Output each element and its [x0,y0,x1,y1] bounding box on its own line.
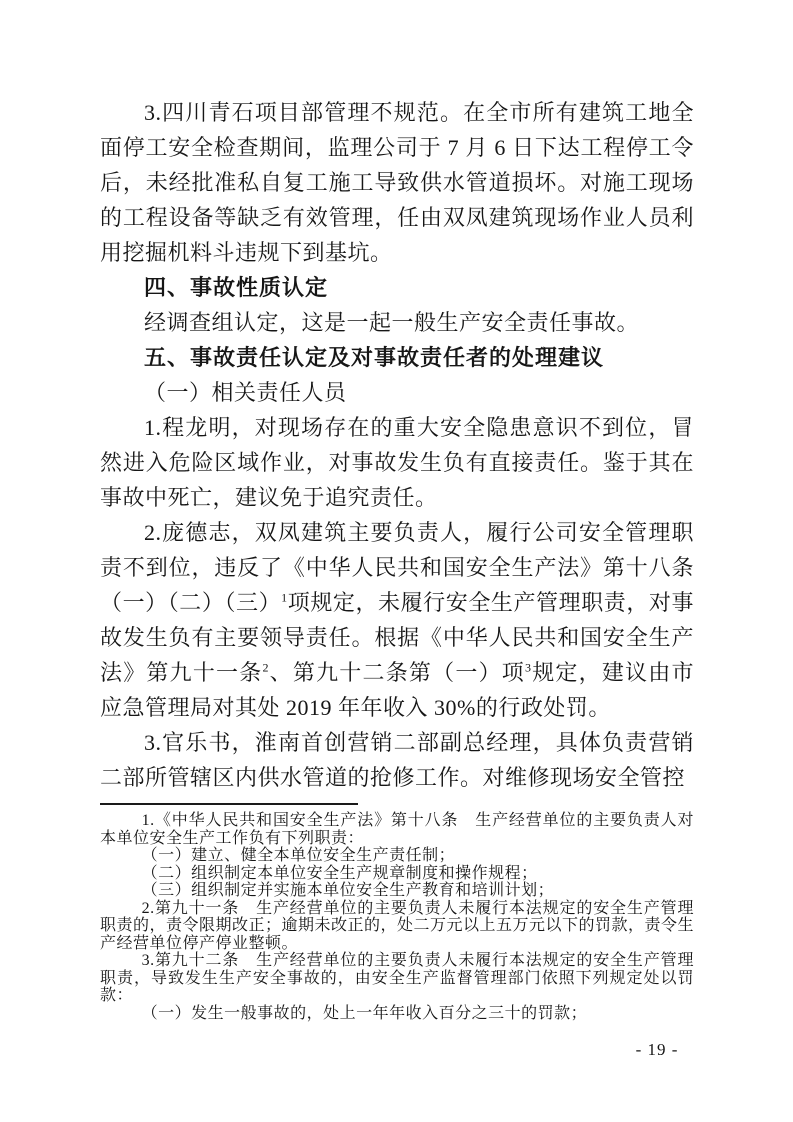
page-number: - 19 - [612,1040,702,1060]
section-heading: 四、事故性质认定 [100,270,694,305]
text-run: 3.四川青石项目部管理不规范。在全市所有建筑工地全面停工安全检查期间，监理公司于… [100,100,694,265]
body-paragraph: 经调查组认定，这是一起一般生产安全责任事故。 [100,305,694,340]
footnote-line: 2.第九十一条 生产经营单位的主要负责人未履行本法规定的安全生产管理职责的，责令… [100,900,694,953]
text-run: 四、事故性质认定 [144,275,328,300]
footnote-line: 1.《中华人民共和国安全生产法》第十八条 生产经营单位的主要负责人对本单位安全生… [100,812,694,847]
footnote-separator [100,803,358,805]
text-run: （一）相关责任人员 [144,380,347,405]
footnote-line: （二）组织制定本单位安全生产规章制度和操作规程； [100,865,694,883]
section-heading: 五、事故责任认定及对事故责任者的处理建议 [100,340,694,375]
text-run: 五、事故责任认定及对事故责任者的处理建议 [144,345,604,370]
text-run: 1.程龙明，对现场存在的重大安全隐患意识不到位，冒然进入危险区域作业，对事故发生… [100,415,694,510]
document-page: 3.四川青石项目部管理不规范。在全市所有建筑工地全面停工安全检查期间，监理公司于… [0,0,793,1122]
footnote-line: （三）组织制定并实施本单位安全生产教育和培训计划； [100,882,694,900]
document-body: 3.四川青石项目部管理不规范。在全市所有建筑工地全面停工安全检查期间，监理公司于… [100,95,694,795]
text-run: 3.官乐书，淮南首创营销二部副总经理，具体负责营销二部所管辖区内供水管道的抢修工… [100,730,694,790]
body-paragraph: 3.四川青石项目部管理不规范。在全市所有建筑工地全面停工安全检查期间，监理公司于… [100,95,694,270]
footnotes-block: 1.《中华人民共和国安全生产法》第十八条 生产经营单位的主要负责人对本单位安全生… [100,812,694,1022]
body-paragraph: 1.程龙明，对现场存在的重大安全隐患意识不到位，冒然进入危险区域作业，对事故发生… [100,410,694,515]
footnote-line: （一）发生一般事故的，处上一年年收入百分之三十的罚款； [100,1005,694,1023]
body-paragraph: 2.庞德志，双凤建筑主要负责人，履行公司安全管理职责不到位，违反了《中华人民共和… [100,515,694,725]
body-paragraph: （一）相关责任人员 [100,375,694,410]
body-paragraph: 3.官乐书，淮南首创营销二部副总经理，具体负责营销二部所管辖区内供水管道的抢修工… [100,725,694,795]
footnote-line: 3.第九十二条 生产经营单位的主要负责人未履行本法规定的安全生产管理职责，导致发… [100,952,694,1005]
text-run: 经调查组认定，这是一起一般生产安全责任事故。 [144,310,639,335]
text-run: 、第九十二条第（一）项 [269,660,525,685]
footnote-line: （一）建立、健全本单位安全生产责任制； [100,847,694,865]
